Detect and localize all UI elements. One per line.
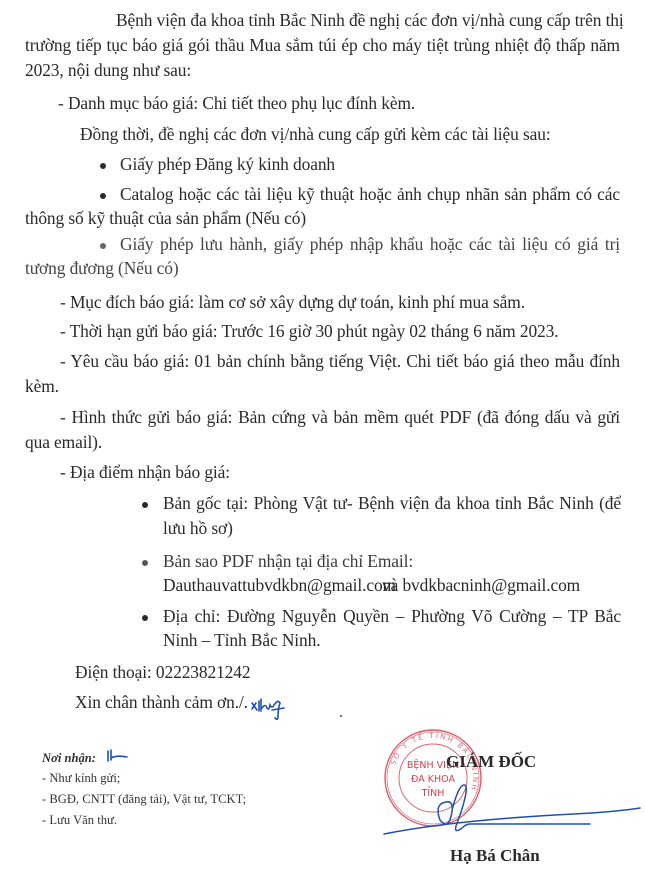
purpose-line: - Mục đích báo giá: làm cơ sở xây dựng d…	[60, 291, 525, 313]
requirement-line-1: - Yêu cầu báo giá: 01 bản chính bằng tiế…	[60, 350, 620, 372]
director-signature-icon	[380, 770, 645, 850]
signature-title: GIÁM ĐỐC	[446, 752, 536, 772]
document-item-2-line-2: thông số kỹ thuật của sản phẩm (Nếu có)	[25, 207, 306, 229]
location-item-1-line-1: Bản gốc tại: Phòng Vật tư- Bệnh viện đa …	[163, 492, 621, 514]
document-item-3-line-1: Giấy phép lưu hành, giấy phép nhập khẩu …	[120, 233, 620, 255]
recipient-item: - Lưu Văn thư.	[42, 812, 117, 829]
bullet-icon	[142, 615, 148, 621]
submission-line-1: - Hình thức gửi báo giá: Bản cứng và bản…	[60, 406, 620, 428]
document-item-2-line-1: Catalog hoặc các tài liệu kỹ thuật hoặc …	[120, 183, 620, 205]
location-item-3-line-2: Ninh – Tỉnh Bắc Ninh.	[163, 629, 320, 651]
bullet-icon	[100, 193, 106, 199]
recipients-heading: Nơi nhận:	[42, 750, 96, 767]
submission-line-2: qua email).	[25, 431, 102, 453]
location-item-2-line-1: Bản sao PDF nhận tại địa chỉ Email:	[163, 550, 413, 572]
bullet-icon	[142, 502, 148, 508]
requirement-line-2: kèm.	[25, 375, 59, 397]
bullet-icon	[142, 560, 148, 566]
documents-heading: Đồng thời, đề nghị các đơn vị/nhà cung c…	[80, 123, 551, 145]
location-item-1-line-2: lưu hồ sơ)	[163, 517, 233, 539]
thanks-line: Xin chân thành cảm ơn./.	[75, 691, 248, 713]
location-item-3-line-1: Địa chỉ: Đường Nguyễn Quyền – Phường Võ …	[163, 605, 621, 627]
location-heading: - Địa điểm nhận báo giá:	[60, 461, 230, 483]
bullet-icon	[100, 163, 106, 169]
document-item-1: Giấy phép Đăng ký kinh doanh	[120, 153, 335, 175]
document-page: Bệnh viện đa khoa tỉnh Bắc Ninh đề nghị …	[0, 0, 645, 887]
deadline-line: - Thời hạn gửi báo giá: Trước 16 giờ 30 …	[60, 320, 558, 342]
intro-line-2: trường tiếp tục báo giá gói thầu Mua sắm…	[25, 34, 620, 56]
phone-line: Điện thoại: 02223821242	[75, 661, 250, 683]
intro-line-1: Bệnh viện đa khoa tỉnh Bắc Ninh đề nghị …	[116, 9, 620, 31]
email-address-1[interactable]: Dauthauvattubvdkbn@gmail.com	[163, 574, 396, 596]
recipients-initial-icon	[106, 749, 130, 763]
email-address-2[interactable]: và bvdkbacninh@gmail.com	[382, 574, 580, 596]
signer-name: Hạ Bá Chân	[450, 846, 540, 866]
intro-line-3: 2023, nội dung như sau:	[25, 59, 191, 81]
recipient-item: - BGĐ, CNTT (đăng tải), Vật tư, TCKT;	[42, 791, 246, 808]
quote-list-line: - Danh mục báo giá: Chi tiết theo phụ lụ…	[58, 92, 415, 114]
recipient-item: - Như kính gửi;	[42, 770, 120, 787]
bullet-icon	[100, 243, 106, 249]
initial-signature-icon	[250, 695, 295, 725]
document-item-3-line-2: tương đương (Nếu có)	[25, 257, 179, 279]
dot-mark	[340, 715, 342, 717]
